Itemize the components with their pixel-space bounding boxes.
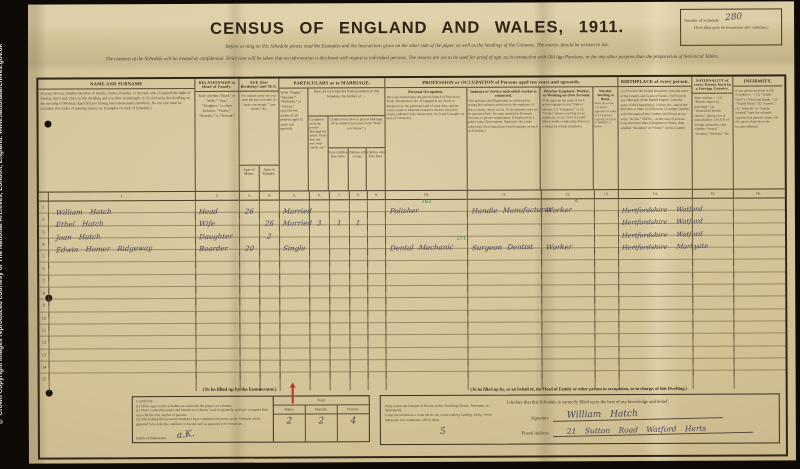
bottom-section: (To be filled up by the Enumerator.) I c… bbox=[40, 382, 786, 457]
rooms-note: Write below the Number of Rooms in this … bbox=[383, 398, 503, 443]
totals-persons-label: Persons. bbox=[338, 405, 369, 414]
header-age-females: Ages of Females. bbox=[259, 166, 279, 191]
householder-section-label: (To be filled up by, or on behalf of, th… bbox=[378, 385, 780, 392]
header-married-women: State, for each Married Woman entered on… bbox=[308, 88, 384, 116]
schedule-number-value: 280 bbox=[724, 12, 742, 23]
column-number: 6. bbox=[310, 191, 330, 199]
header-occupation-personal: Personal Occupation. The reply should sh… bbox=[385, 88, 467, 190]
header-occupation-industry: Industry or Service with which worker is… bbox=[467, 87, 541, 189]
header-marriage: PARTICULARS as to MARRIAGE. Write “Singl… bbox=[279, 78, 385, 190]
column-number: 15. bbox=[693, 190, 734, 198]
column-number: 3. bbox=[240, 192, 260, 200]
schedule-number-label: Number of Schedule bbox=[684, 18, 719, 23]
header-occupation: PROFESSION or OCCUPATION of Persons aged… bbox=[385, 77, 618, 190]
page-title: CENSUS OF ENGLAND AND WALES, 1911. bbox=[197, 18, 637, 39]
totals-males-label: Males. bbox=[274, 405, 306, 414]
column-number: 12. bbox=[542, 190, 595, 198]
header-children-living: Children still Living. bbox=[349, 148, 367, 190]
column-number: 1. bbox=[49, 192, 196, 201]
enumerator-initials-value: a.K. bbox=[176, 429, 195, 441]
column-number: 13. bbox=[595, 190, 619, 198]
header-age: AGE (last Birthday) and SEX. For Infants… bbox=[239, 79, 279, 191]
totals-title: Total. bbox=[274, 396, 369, 405]
instructions-line2: The contents of the Schedule will be tre… bbox=[39, 53, 785, 64]
table-header: NAME AND SURNAME of every Person, whethe… bbox=[38, 76, 784, 192]
header-name: NAME AND SURNAME of every Person, whethe… bbox=[38, 79, 195, 192]
declaration-text: I declare that this Schedule is correctl… bbox=[507, 398, 773, 404]
copyright-text: © Crown Copyright Images reproduced cour… bbox=[0, 44, 4, 425]
enumerator-section-label: (To be filled up by the Enumerator.) bbox=[95, 387, 385, 393]
header-age-males: Ages of Males. bbox=[240, 166, 260, 191]
column-number: 2. bbox=[196, 192, 240, 200]
column-number: 7. bbox=[330, 191, 350, 199]
signature-value: William Hatch bbox=[553, 407, 723, 422]
header-marriage-years: Completed years the present Marriage has… bbox=[308, 116, 328, 190]
registrar-code: 4 bbox=[575, 198, 578, 204]
column-number: 10. bbox=[386, 191, 468, 199]
form-frame: NAME AND SURNAME of every Person, whethe… bbox=[36, 74, 788, 459]
column-number: 9. bbox=[368, 191, 386, 199]
totals-females-label: Females. bbox=[306, 405, 338, 414]
table-body: 1William HatchHead26MarriedPolisher763Ha… bbox=[39, 198, 786, 386]
header-children-note: Children born alive to present Marriage.… bbox=[328, 116, 384, 148]
registrar-code: 171 bbox=[456, 235, 466, 241]
rooms-value: 5 bbox=[385, 425, 501, 438]
header-occupation-employer: Whether Employer, Worker, or Working on … bbox=[541, 87, 594, 189]
postal-address-value: 21 Sutton Road Watford Herts bbox=[553, 423, 753, 437]
header-infirmity: INFIRMITY. If any person included in thi… bbox=[733, 76, 782, 188]
header-nationality: NATIONALITY of every Person born in a Fo… bbox=[692, 77, 733, 189]
registrar-code: 763 bbox=[422, 199, 432, 205]
column-number: 11. bbox=[468, 190, 542, 198]
schedule-number-box: Number of Schedule 280 (To be filled up … bbox=[680, 8, 782, 45]
instructions-line1: Before writing on this Schedule please r… bbox=[67, 42, 767, 50]
column-number: 8. bbox=[350, 191, 368, 199]
enumerator-initials-label: Initials of Enumerator. bbox=[136, 436, 167, 440]
header-children-total: Total Children Born Alive. bbox=[329, 148, 349, 190]
header-marriage-status: Write “Single,” “Married,” “Widower,” or… bbox=[279, 88, 308, 190]
column-number: 14. bbox=[619, 190, 693, 198]
enumerator-box: I certify that :— (1) All the ages on th… bbox=[132, 395, 370, 443]
schedule-number-note: (To be filled up by the Enumerator after… bbox=[684, 25, 778, 29]
declaration-box: Write below the Number of Rooms in this … bbox=[380, 393, 780, 445]
header-occupation-at-home: Whether Working at Home. Write the words… bbox=[593, 87, 617, 189]
census-schedule-page: Number of Schedule 280 (To be filled up … bbox=[27, 1, 796, 463]
column-number: 4. bbox=[260, 192, 280, 200]
postal-address-label: Postal Address bbox=[507, 430, 553, 435]
copyright-strip: © Crown Copyright Images reproduced cour… bbox=[0, 0, 28, 469]
header-birthplace: BIRTHPLACE of every person. (1) If born … bbox=[618, 77, 692, 189]
header-relationship: RELATIONSHIP to Head of Family. State wh… bbox=[195, 79, 239, 191]
red-arrow-mark bbox=[292, 387, 294, 404]
column-number: 16. bbox=[734, 189, 783, 197]
header-children-died: Children who have Died. bbox=[367, 148, 385, 190]
column-number: 5. bbox=[280, 191, 310, 199]
signature-label: Signature bbox=[507, 415, 553, 420]
